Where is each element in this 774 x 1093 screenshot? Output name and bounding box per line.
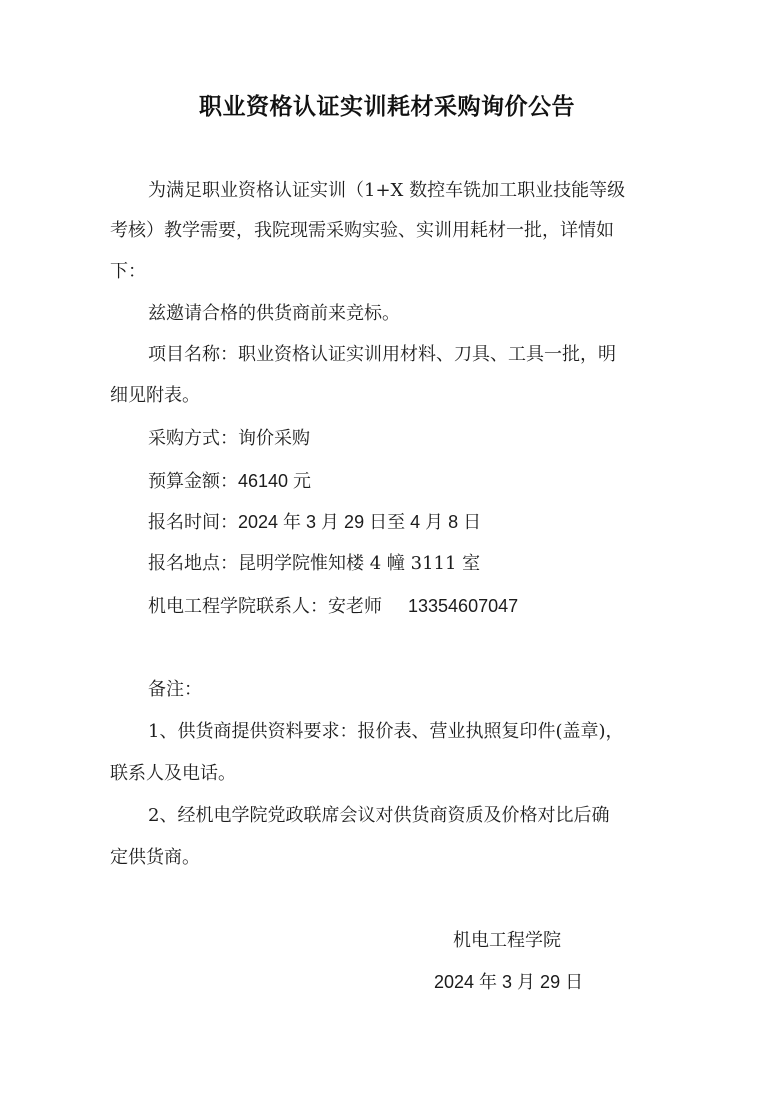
purchase-method-value: 询价采购: [238, 428, 310, 449]
purchase-method-label: 采购方式：: [148, 428, 238, 449]
note-1-line-2: 联系人及电话。: [110, 762, 236, 786]
notes-heading: 备注：: [148, 678, 202, 702]
registration-time: 报名时间：2024 年 3 月 29 日至 4 月 8 日: [148, 510, 481, 535]
document-title: 职业资格认证实训耗材采购询价公告: [0, 88, 774, 121]
project-line-1: 项目名称：职业资格认证实训用材料、刀具、工具一批，明: [148, 343, 616, 367]
project-line-2: 细见附表。: [110, 384, 200, 408]
intro-line-3: 下：: [110, 260, 146, 284]
contact-phone: 13354607047: [408, 596, 518, 616]
budget-label: 预算金额：: [148, 471, 238, 492]
registration-time-value: 2024 年 3 月 29 日至 4 月 8 日: [238, 512, 481, 532]
purchase-method: 采购方式：询价采购: [148, 427, 310, 451]
signature-organization: 机电工程学院: [453, 929, 561, 953]
contact-info: 机电工程学院联系人：安老师13354607047: [148, 594, 518, 619]
note-2-line-1: 2、经机电学院党政联席会议对供货商资质及价格对比后确: [148, 804, 609, 828]
note-2-line-2: 定供货商。: [110, 846, 200, 870]
invitation-text: 兹邀请合格的供货商前来竞标。: [148, 302, 400, 326]
registration-place-value: 昆明学院惟知楼 4 幢 3111 室: [238, 553, 480, 574]
registration-time-label: 报名时间：: [148, 512, 238, 533]
budget-value: 46140 元: [238, 471, 311, 491]
note-1-line-1: 1、供货商提供资料要求：报价表、营业执照复印件(盖章)，: [148, 720, 624, 744]
intro-line-1: 为满足职业资格认证实训（1+X 数控车铣加工职业技能等级: [148, 179, 625, 203]
contact-name: 安老师: [328, 596, 382, 617]
contact-label: 机电工程学院联系人：: [148, 596, 328, 617]
registration-place: 报名地点：昆明学院惟知楼 4 幢 3111 室: [148, 552, 480, 576]
signature-date: 2024 年 3 月 29 日: [434, 970, 583, 994]
budget-amount: 预算金额：46140 元: [148, 469, 311, 494]
intro-line-2: 考核）教学需要，我院现需采购实验、实训用耗材一批，详情如: [110, 219, 614, 243]
registration-place-label: 报名地点：: [148, 553, 238, 574]
